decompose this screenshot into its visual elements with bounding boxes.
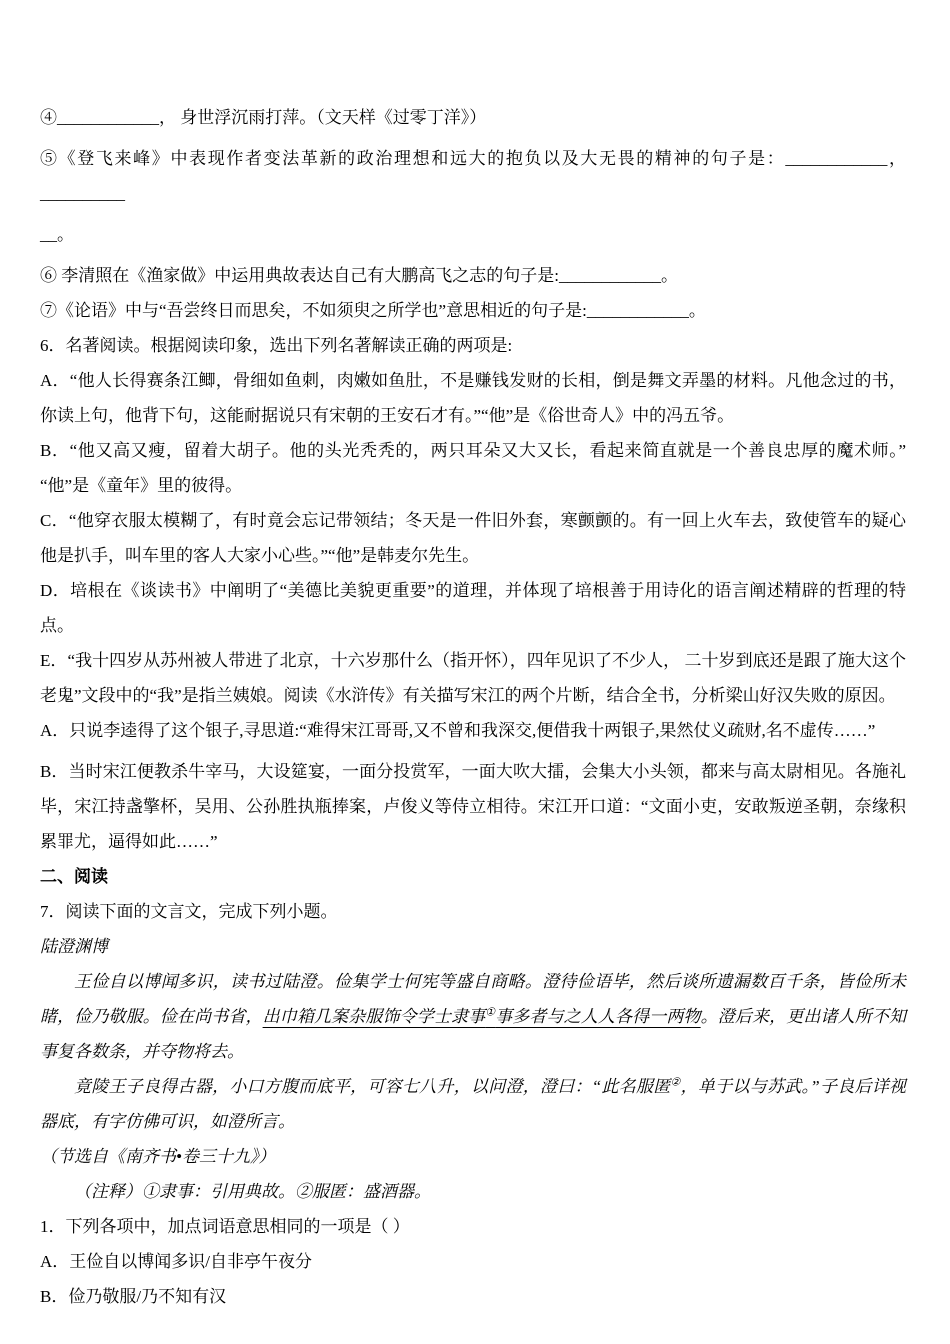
question-6-passage-b: B．当时宋江便教杀牛宰马，大设筵宴，一面分投赏军，一面大吹大擂，会集大小头领，都…	[40, 754, 906, 859]
q1a-text-3: 非亭午夜分	[227, 1252, 312, 1271]
section-2-heading: 二、阅读	[40, 859, 906, 894]
blank-item-7: ⑦《论语》中与“吾尝终日而思矣，不如须臾之所学也”意思相近的句子是:______…	[40, 293, 906, 328]
question-6-option-e: E．“我十四岁从苏州被人带进了北京，十六岁那什么（指开怀），四年见识了不少人， …	[40, 643, 906, 713]
q1b-text-3: 不知有汉	[158, 1287, 226, 1306]
q1b-dotted-word-1: 乃	[85, 1287, 102, 1306]
classical-p1-underline-text2: 事多者与之人人各得一两物	[495, 1007, 700, 1026]
classical-paragraph-1: 王俭自以博闻多识，读书过陆澄。俭集学士何宪等盛自商略。澄待俭语毕，然后谈所遗漏数…	[40, 964, 906, 1069]
blank-item-6: ⑥ 李清照在《渔家做》中运用典故表达自己有大鹏高飞之志的句子是:________…	[40, 258, 906, 293]
question-7-stem: 7．阅读下面的文言文，完成下列小题。	[40, 894, 906, 929]
question-6-stem: 6．名著阅读。根据阅读印象，选出下列名著解读正确的两项是:	[40, 328, 906, 363]
question-6-option-c: C．“他穿衣服太模糊了，有时竟会忘记带领结；冬天是一件旧外套，寒颤颤的。有一回上…	[40, 503, 906, 573]
question-6-passage-a: A．只说李逵得了这个银子,寻思道:“难得宋江哥哥,又不曾和我深交,便借我十两银子…	[40, 713, 906, 748]
classical-p1-underlined: 出巾箱几案杂服饰令学士隶事①事多者与之人人各得一两物	[263, 1007, 701, 1026]
classical-passage-title: 陆澄渊博	[40, 929, 906, 964]
classical-p1-underline-text1: 出巾箱几案杂服饰令学士隶事	[263, 1007, 486, 1026]
note-reference-2: ②	[671, 1076, 681, 1088]
sub-question-1-option-b: B．俭乃敬服/乃不知有汉	[40, 1279, 906, 1314]
question-6-option-d: D．培根在《谈读书》中阐明了“美德比美貌更重要”的道理，并体现了培根善于用诗化的…	[40, 573, 906, 643]
q1b-text-1: B．俭	[40, 1287, 85, 1306]
question-6-option-b: B．“他又高又瘦，留着大胡子。他的头光秃秃的，两只耳朵又大又长，看起来简直就是一…	[40, 433, 906, 503]
q1b-dotted-word-2: 乃	[141, 1287, 158, 1306]
exam-page: ④____________， 身世浮沉雨打萍。（文天样《过零丁洋》） ⑤《登飞来…	[0, 0, 950, 1344]
sub-question-1-option-a: A．王俭自以博闻多识/自非亭午夜分	[40, 1244, 906, 1279]
blank-item-4: ④____________， 身世浮沉雨打萍。（文天样《过零丁洋》）	[40, 100, 906, 135]
sub-question-1-stem: 1．下列各项中，加点词语意思相同的一项是（ ）	[40, 1209, 906, 1244]
classical-p2-pre: 竟陵王子良得古器，小口方腹而底平，可容七八升，以问澄，澄曰：“此名服匿	[74, 1077, 671, 1096]
classical-paragraph-2: 竟陵王子良得古器，小口方腹而底平，可容七八升，以问澄，澄曰：“此名服匿②，单于以…	[40, 1069, 906, 1139]
q1a-dotted-word-2: 自	[210, 1252, 227, 1271]
q1a-text-2: 以博闻多识/	[120, 1252, 210, 1271]
blank-item-5: ⑤《登飞来峰》中表现作者变法革新的政治理想和远大的抱负以及大无畏的精神的句子是：…	[40, 141, 906, 211]
q1a-dotted-word-1: 自	[103, 1252, 120, 1271]
passage-source: （节选自《南齐书•卷三十九》）	[40, 1139, 906, 1174]
q1b-text-2: 敬服/	[102, 1287, 141, 1306]
passage-notes: （注释）①隶事：引用典故。②服匿：盛酒器。	[40, 1174, 906, 1209]
q1a-text-1: A．王俭	[40, 1252, 103, 1271]
blank-item-5-continuation: __。	[40, 217, 906, 252]
note-reference-1: ①	[485, 1006, 495, 1018]
question-6-option-a: A．“他人长得赛条江鲫，骨细如鱼刺，肉嫩如鱼肚，不是赚钱发财的长相，倒是舞文弄墨…	[40, 363, 906, 433]
